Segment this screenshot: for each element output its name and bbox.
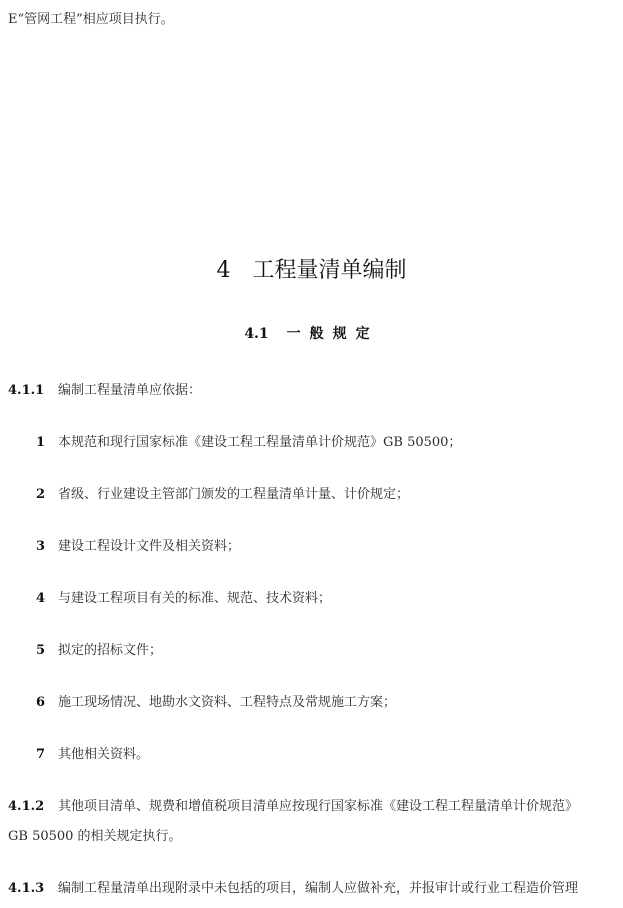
list-item-1: 1本规范和现行国家标准《建设工程工程量清单计价规范》GB 50500； (36, 435, 461, 451)
section-title-text: 一般规定 (287, 326, 379, 342)
list-item-5: 5拟定的招标文件； (36, 643, 162, 659)
item-number: 6 (36, 695, 58, 711)
list-item-7: 7其他相关资料。 (36, 747, 149, 763)
item-text: 省级、行业建设主管部门颁发的工程量清单计量、计价规定； (58, 487, 409, 502)
item-text: 建设工程设计文件及相关资料； (58, 539, 240, 554)
section-title: 4.1一般规定 (0, 325, 623, 343)
item-text: 拟定的招标文件； (58, 643, 162, 658)
item-text: 施工现场情况、地勘水文资料、工程特点及常规施工方案； (58, 695, 396, 710)
item-text: 其他相关资料。 (58, 747, 149, 762)
section-number: 4.1 (244, 326, 268, 342)
clause-4-1-2: 4.1.2其他项目清单、规费和增值税项目清单应按现行国家标准《建设工程工程量清单… (8, 799, 578, 815)
list-item-3: 3建设工程设计文件及相关资料； (36, 539, 240, 555)
clause-text: 编制工程量清单应依据： (58, 383, 201, 398)
list-item-6: 6施工现场情况、地勘水文资料、工程特点及常规施工方案； (36, 695, 396, 711)
clause-4-1-2-continuation: GB 50500 的相关规定执行。 (8, 829, 182, 845)
item-number: 3 (36, 539, 58, 555)
previous-text-fragment: E“管网工程”相应项目执行。 (8, 12, 174, 28)
item-number: 5 (36, 643, 58, 659)
clause-number: 4.1.1 (8, 383, 58, 399)
clause-4-1-3: 4.1.3编制工程量清单出现附录中未包括的项目，编制人应做补充，并报审计或行业工… (8, 881, 578, 897)
list-item-2: 2省级、行业建设主管部门颁发的工程量清单计量、计价规定； (36, 487, 409, 503)
chapter-number: 4 (216, 258, 230, 283)
clause-text: 编制工程量清单出现附录中未包括的项目，编制人应做补充，并报审计或行业工程造价管理 (58, 881, 578, 896)
chapter-title-text: 工程量清单编制 (252, 258, 406, 283)
clause-number: 4.1.2 (8, 799, 58, 815)
clause-4-1-1: 4.1.1编制工程量清单应依据： (8, 383, 201, 399)
item-text: 本规范和现行国家标准《建设工程工程量清单计价规范》GB 50500； (58, 435, 461, 450)
item-number: 7 (36, 747, 58, 763)
item-number: 2 (36, 487, 58, 503)
clause-number: 4.1.3 (8, 881, 58, 897)
chapter-title: 4工程量清单编制 (0, 257, 623, 285)
clause-text: 其他项目清单、规费和增值税项目清单应按现行国家标准《建设工程工程量清单计价规范》 (58, 799, 578, 814)
item-text: 与建设工程项目有关的标准、规范、技术资料； (58, 591, 331, 606)
item-number: 4 (36, 591, 58, 607)
list-item-4: 4与建设工程项目有关的标准、规范、技术资料； (36, 591, 331, 607)
item-number: 1 (36, 435, 58, 451)
